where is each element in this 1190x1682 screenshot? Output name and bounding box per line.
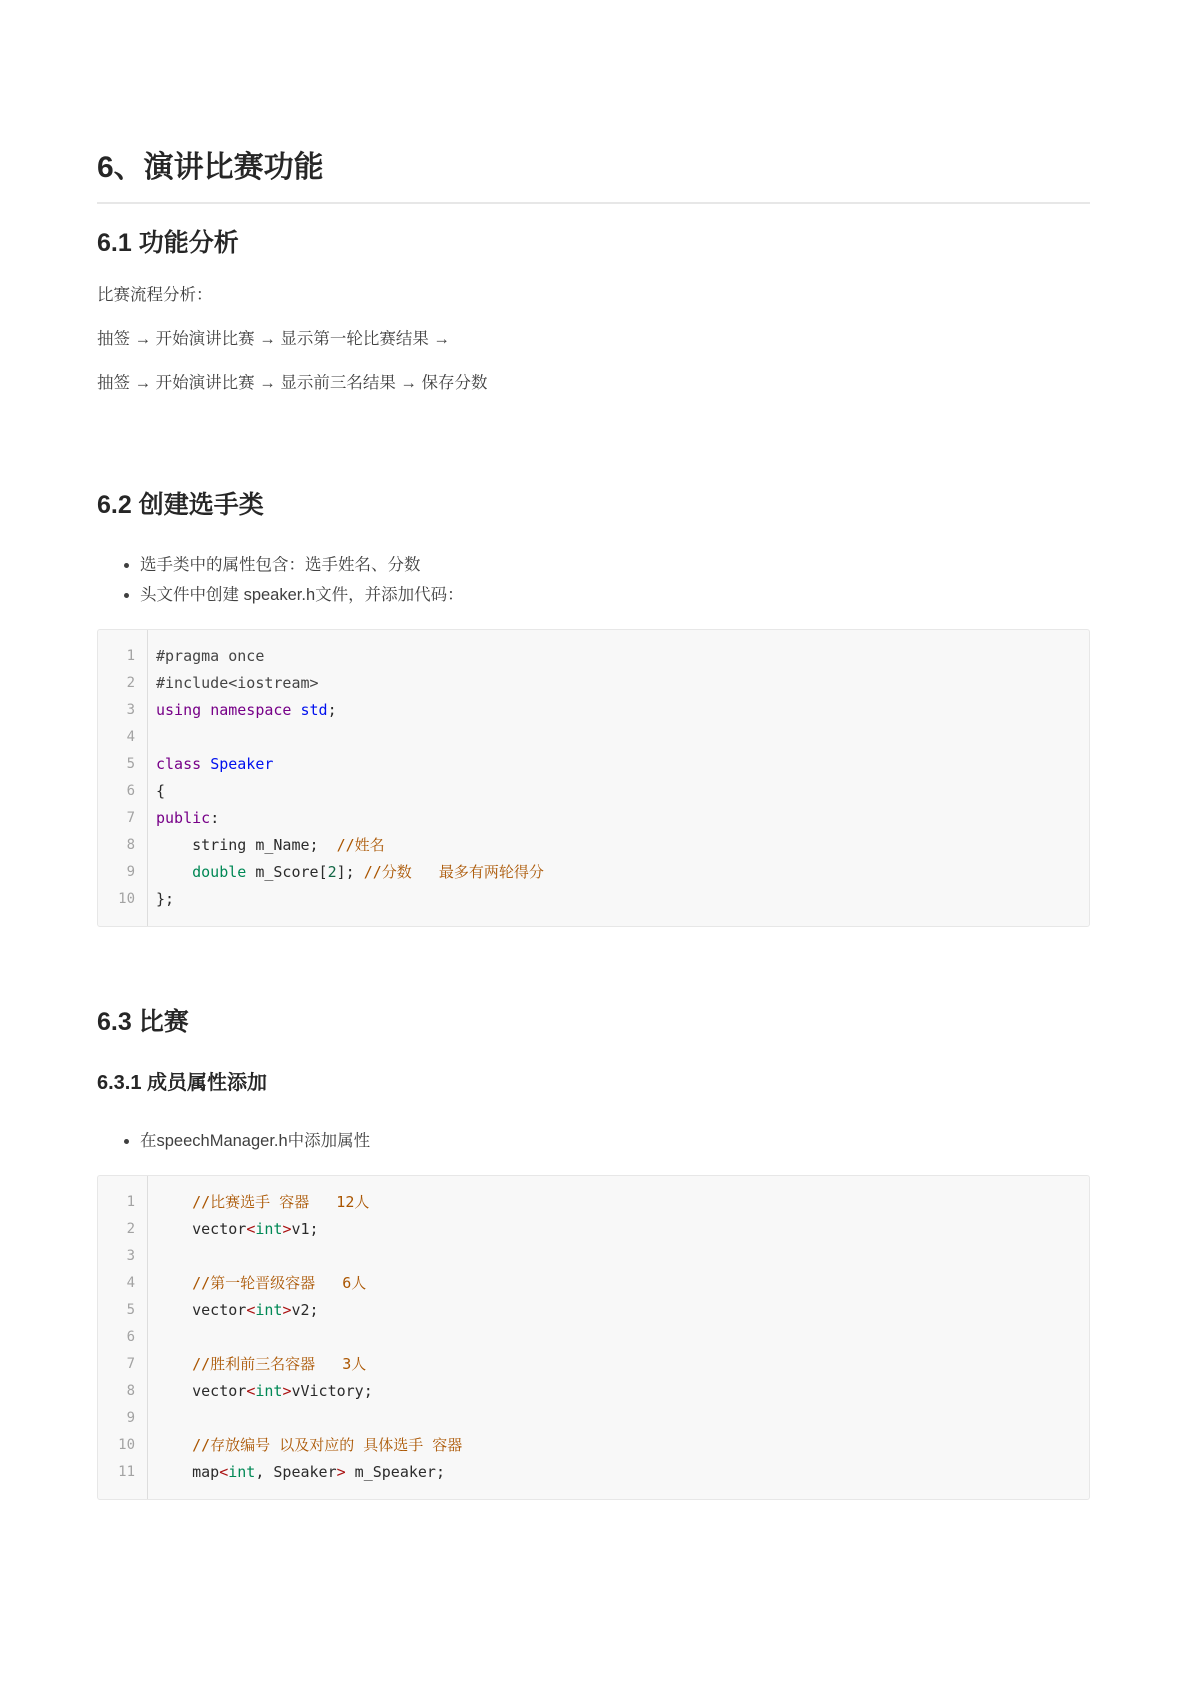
paragraph-flow-intro: 比赛流程分析： [97, 284, 1090, 306]
code-line: 8 string m_Name; //姓名 [98, 832, 1089, 859]
page-title: 6、演讲比赛功能 [97, 150, 1090, 204]
list-item: 头文件中创建 speaker.h文件，并添加代码： [140, 584, 1090, 606]
code-text: vector<int>v1; [147, 1216, 319, 1243]
code-gutter-line [147, 630, 148, 926]
code-text: double m_Score[2]; //分数 最多有两轮得分 [147, 859, 544, 886]
code-text: { [147, 778, 165, 805]
code-line: 3 [98, 1243, 1089, 1270]
code-line: 8 vector<int>vVictory; [98, 1378, 1089, 1405]
line-number: 7 [98, 1351, 147, 1378]
code-block-speaker-h: 1#pragma once2#include<iostream>3using n… [97, 629, 1090, 927]
line-number: 6 [98, 1324, 147, 1351]
code-text: #pragma once [147, 643, 264, 670]
code-line: 5class Speaker [98, 751, 1089, 778]
line-number: 11 [98, 1459, 147, 1486]
code-text [147, 1405, 156, 1432]
code-line: 4 //第一轮晋级容器 6人 [98, 1270, 1089, 1297]
code-text: map<int, Speaker> m_Speaker; [147, 1459, 445, 1486]
code-line: 4 [98, 724, 1089, 751]
code-line: 1#pragma once [98, 643, 1089, 670]
code-line: 9 double m_Score[2]; //分数 最多有两轮得分 [98, 859, 1089, 886]
code-line: 2#include<iostream> [98, 670, 1089, 697]
heading-6-3: 6.3 比赛 [97, 1007, 1090, 1037]
code-line: 6 [98, 1324, 1089, 1351]
code-text: #include<iostream> [147, 670, 319, 697]
list-item: 选手类中的属性包含：选手姓名、分数 [140, 554, 1090, 576]
paragraph-flow-final: 抽签 → 开始演讲比赛 → 显示前三名结果 → 保存分数 [97, 372, 1090, 394]
line-number: 6 [98, 778, 147, 805]
line-number: 8 [98, 1378, 147, 1405]
code-text [147, 1243, 156, 1270]
code-text: vector<int>vVictory; [147, 1378, 373, 1405]
code-line: 10 //存放编号 以及对应的 具体选手 容器 [98, 1432, 1089, 1459]
list-item: 在speechManager.h中添加属性 [140, 1130, 1090, 1152]
line-number: 7 [98, 805, 147, 832]
line-number: 5 [98, 1297, 147, 1324]
code-text: public: [147, 805, 219, 832]
line-number: 3 [98, 697, 147, 724]
code-text: //比赛选手 容器 12人 [147, 1189, 369, 1216]
code-text: class Speaker [147, 751, 273, 778]
code-line: 11 map<int, Speaker> m_Speaker; [98, 1459, 1089, 1486]
code-line: 1 //比赛选手 容器 12人 [98, 1189, 1089, 1216]
heading-6-3-1: 6.3.1 成员属性添加 [97, 1070, 1090, 1096]
code-text [147, 1324, 156, 1351]
code-line: 5 vector<int>v2; [98, 1297, 1089, 1324]
heading-6-2: 6.2 创建选手类 [97, 490, 1090, 520]
code-text [147, 724, 156, 751]
code-text: //存放编号 以及对应的 具体选手 容器 [147, 1432, 462, 1459]
code-line: 9 [98, 1405, 1089, 1432]
code-text: //第一轮晋级容器 6人 [147, 1270, 366, 1297]
heading-6-1: 6.1 功能分析 [97, 228, 1090, 258]
code-line: 3using namespace std; [98, 697, 1089, 724]
code-line: 2 vector<int>v1; [98, 1216, 1089, 1243]
line-number: 9 [98, 1405, 147, 1432]
line-number: 4 [98, 1270, 147, 1297]
line-number: 8 [98, 832, 147, 859]
code-text: using namespace std; [147, 697, 337, 724]
document-content: 6、演讲比赛功能 6.1 功能分析 比赛流程分析： 抽签 → 开始演讲比赛 → … [97, 150, 1090, 1500]
bullet-list-6-2: 选手类中的属性包含：选手姓名、分数 头文件中创建 speaker.h文件，并添加… [97, 554, 1090, 606]
code-block-speechmanager-h: 1 //比赛选手 容器 12人2 vector<int>v1;34 //第一轮晋… [97, 1175, 1090, 1500]
line-number: 1 [98, 1189, 147, 1216]
line-number: 1 [98, 643, 147, 670]
bullet-list-6-3: 在speechManager.h中添加属性 [97, 1130, 1090, 1152]
code-line: 6{ [98, 778, 1089, 805]
code-line: 10}; [98, 886, 1089, 913]
code-gutter-line [147, 1176, 148, 1499]
line-number: 2 [98, 1216, 147, 1243]
line-number: 10 [98, 886, 147, 913]
line-number: 3 [98, 1243, 147, 1270]
code-text: string m_Name; //姓名 [147, 832, 385, 859]
line-number: 4 [98, 724, 147, 751]
paragraph-flow-round1: 抽签 → 开始演讲比赛 → 显示第一轮比赛结果 → [97, 328, 1090, 350]
line-number: 10 [98, 1432, 147, 1459]
line-number: 2 [98, 670, 147, 697]
code-text: }; [147, 886, 174, 913]
code-line: 7public: [98, 805, 1089, 832]
code-text: vector<int>v2; [147, 1297, 319, 1324]
code-line: 7 //胜利前三名容器 3人 [98, 1351, 1089, 1378]
line-number: 5 [98, 751, 147, 778]
line-number: 9 [98, 859, 147, 886]
document-page: 6、演讲比赛功能 6.1 功能分析 比赛流程分析： 抽签 → 开始演讲比赛 → … [0, 0, 1190, 1682]
code-text: //胜利前三名容器 3人 [147, 1351, 366, 1378]
